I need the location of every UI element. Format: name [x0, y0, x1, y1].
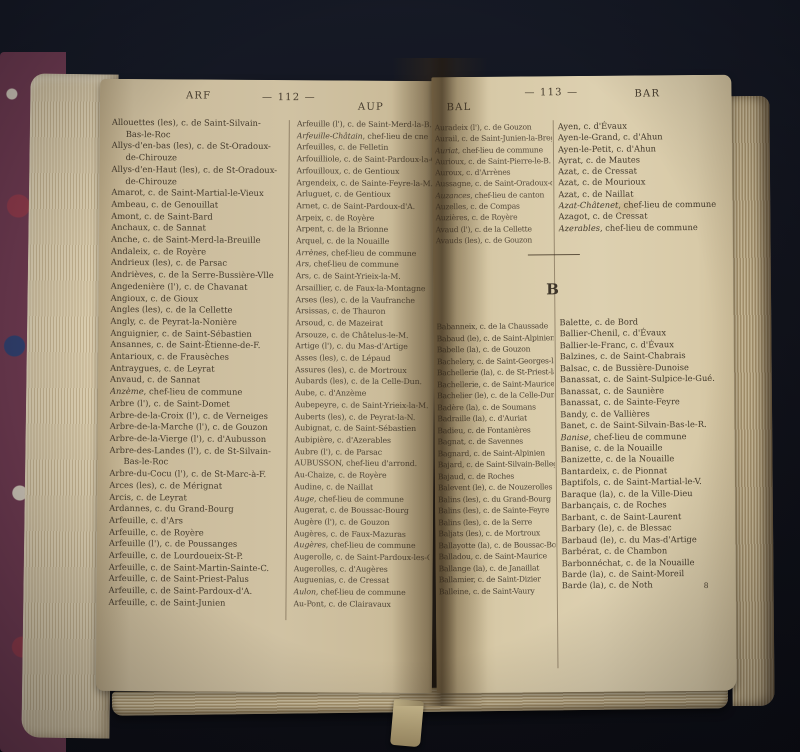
entry: Au-Chaize, c. de Royère — [294, 469, 430, 482]
entry: Augerat, c. de Boussac-Bourg — [294, 504, 430, 517]
entry: Bagnard, c. de Saint-Alpinien — [438, 447, 555, 460]
entry: Arfouilloux, c. de Gentioux — [296, 165, 432, 178]
entry: Asses (les), c. de Lépaud — [295, 352, 431, 365]
entry: Ballange (la), c. de Janaillat — [439, 562, 556, 575]
entry: Artige (l'), c. du Mas-d'Artige — [295, 341, 431, 354]
entry: Augère (l'), c. de Gouzon — [294, 516, 430, 529]
entry: Arsouze, c. de Châtelus-le-M. — [295, 329, 431, 342]
entry: Arsissas, c. de Thauron — [295, 305, 431, 318]
left-page-header-left: ARF — [186, 90, 211, 101]
left-page-column-2: Arfeuille (l'), c. de Saint-Merd-la-B.Ar… — [293, 118, 432, 610]
entry: Arfouilliole, c. de Saint-Pardoux-la-C. — [297, 153, 433, 166]
entry: Auguenias, c. de Cressat — [294, 575, 430, 588]
entry: Aubepeyre, c. de Saint-Yrieix-la-M. — [295, 399, 431, 412]
right-page: BAL — 113 — BAR Auradeix (l'), c. de Gou… — [431, 75, 736, 694]
entry: Auge, chef-lieu de commune — [294, 493, 430, 506]
entry: Arsoud, c. de Mazeirat — [295, 317, 431, 330]
entry: Augerolle, c. de Saint-Pardoux-les-C. — [294, 551, 430, 564]
entry: Bachelier (le), c. de la Celle-Dunoise — [437, 389, 554, 402]
bookmark-tab — [390, 699, 424, 747]
entry: Aussagne, c. de Saint-Oradoux-de-Ch. — [435, 178, 552, 190]
entry: Avauds (les), c. de Gouzon — [436, 234, 553, 246]
entry: Bachellerie (la), c. de St-Priest-la-Pl. — [437, 366, 554, 379]
right-page-column-1-section-b: Babanneix, c. de la ChaussadeBabaud (le)… — [436, 320, 555, 597]
entry: Aurail, c. de Saint-Junien-la-Breg. — [435, 133, 552, 145]
right-page-header-right: BAR — [634, 88, 660, 99]
entry: Babanneix, c. de la Chaussade — [436, 320, 553, 333]
entry: Bajaud, c. de Roches — [438, 470, 555, 483]
entry: Arpent, c. de la Brionne — [296, 224, 432, 237]
section-heading-b: B — [546, 280, 559, 298]
right-page-column-2-section-a: Ayen, c. d'ÉvauxAyen-le-Grand, c. d'Ahun… — [558, 120, 731, 234]
entry: Arfeuille (l'), c. de Saint-Merd-la-B. — [297, 118, 433, 131]
entry: Ballayotte (la), c. de Boussac-Bourg — [438, 539, 555, 552]
entry: Ballamier, c. de Saint-Dizier — [439, 573, 556, 586]
entry: Bachelery, c. de Saint-Georges-la-Pou. — [437, 355, 554, 368]
entry: Arfeuille-Châtain, chef-lieu de cne — [297, 130, 433, 143]
entry: Baljats (les), c. de Mortroux — [438, 527, 555, 540]
entry: Arpeix, c. de Royère — [296, 212, 432, 225]
entry: Bagnat, c. de Savennes — [437, 435, 554, 448]
right-page-header-left: BAL — [447, 102, 472, 113]
entry: Balleine, c. de Saint-Vaury — [439, 585, 556, 598]
entry: Auzances, chef-lieu de canton — [435, 189, 552, 201]
entry: Balevent (le), c. de Nouzerolles — [438, 481, 555, 494]
entry: Badraille (la), c. d'Auriat — [437, 412, 554, 425]
entry: Aubipière, c. d'Azerables — [295, 434, 431, 447]
entry: Arrènes, chef-lieu de commune — [296, 247, 432, 260]
entry: Banassat, c. de Saint-Sulpice-le-Gué. — [560, 373, 732, 386]
right-page-number: — 113 — — [524, 87, 578, 98]
entry: Azerables, chef-lieu de commune — [559, 221, 731, 234]
entry: Augères, c. de Faux-Mazuras — [294, 528, 430, 541]
entry: Au-Pont, c. de Clairavaux — [293, 598, 429, 611]
entry: Aubignat, c. de Saint-Sébastien — [295, 422, 431, 435]
entry: Balladou, c. de Saint-Maurice — [438, 550, 555, 563]
entry: Augères, chef-lieu de commune — [294, 540, 430, 553]
entry: Badère (la), c. de Soumans — [437, 401, 554, 414]
entry: Ars, chef-lieu de commune — [296, 259, 432, 272]
book-photo: ARF — 112 — AUP Allouettes (les), c. de … — [0, 0, 800, 752]
left-page-number: — 112 — — [262, 92, 316, 103]
entry: Bajard, c. de Saint-Silvain-Bellegarde — [438, 458, 555, 471]
entry: Badieu, c. de Fontanières — [437, 424, 554, 437]
entry: Aube, c. d'Anzème — [295, 387, 431, 400]
entry: Auberts (les), c. de Peyrat-la-N. — [295, 411, 431, 424]
entry: Augerolles, c. d'Augères — [294, 563, 430, 576]
entry: Balins (les), c. de la Serre — [438, 516, 555, 529]
entry: Argendeix, c. de Sainte-Feyre-la-M. — [296, 177, 432, 190]
signature-mark: 8 — [704, 581, 709, 590]
entry: Babaud (le), c. de Saint-Alpinien — [437, 332, 554, 345]
right-page-column-1-section-a: Auradeix (l'), c. de GouzonAurail, c. de… — [435, 121, 553, 246]
entry: Ars, c. de Saint-Yrieix-la-M. — [296, 270, 432, 283]
left-page-column-1: Allouettes (les), c. de Saint-Silvain-Ba… — [108, 117, 290, 610]
entry: Arfeuille, c. de Saint-Junien — [108, 597, 287, 610]
entry: Azat-Châtenet, chef-lieu de commune — [558, 199, 730, 212]
entry: Arquel, c. de la Nouaille — [296, 235, 432, 248]
entry: Balins (les), c. de Sainte-Feyre — [438, 504, 555, 517]
right-page-column-2-section-b: Balette, c. de BordBallier-Chenil, c. d'… — [559, 316, 733, 592]
entry: Arluguet, c. de Gentioux — [296, 188, 432, 201]
entry: Arses (les), c. de la Vaufranche — [296, 294, 432, 307]
entry: Auriat, chef-lieu de commune — [435, 144, 552, 156]
entry: Audine, c. de Naillat — [294, 481, 430, 494]
entry: Arfeuilles, c. de Felletin — [297, 142, 433, 155]
entry: Assures (les), c. de Mortroux — [295, 364, 431, 377]
left-page-header-right: AUP — [358, 102, 384, 113]
entry: Aubards (les), c. de la Celle-Dun. — [295, 376, 431, 389]
entry: Babelle (la), c. de Gouzon — [437, 343, 554, 356]
entry: AUBUSSON, chef-lieu d'arrond. — [294, 458, 430, 471]
entry: Balins (les), c. du Grand-Bourg — [438, 493, 555, 506]
entry: Arsaillier, c. de Faux-la-Montagne — [296, 282, 432, 295]
entry: Aubre (l'), c. de Parsac — [295, 446, 431, 459]
entry: Aulon, chef-lieu de commune — [294, 586, 430, 599]
left-page: ARF — 112 — AUP Allouettes (les), c. de … — [96, 79, 436, 693]
entry: Bachellerie, c. de Saint-Maurice — [437, 378, 554, 391]
entry: Arnet, c. de Saint-Pardoux-d'A. — [296, 200, 432, 213]
entry: Aurioux, c. de Saint-Pierre-le-B. — [435, 155, 552, 167]
entry: Banet, c. de Saint-Silvain-Bas-le-R. — [560, 419, 732, 432]
